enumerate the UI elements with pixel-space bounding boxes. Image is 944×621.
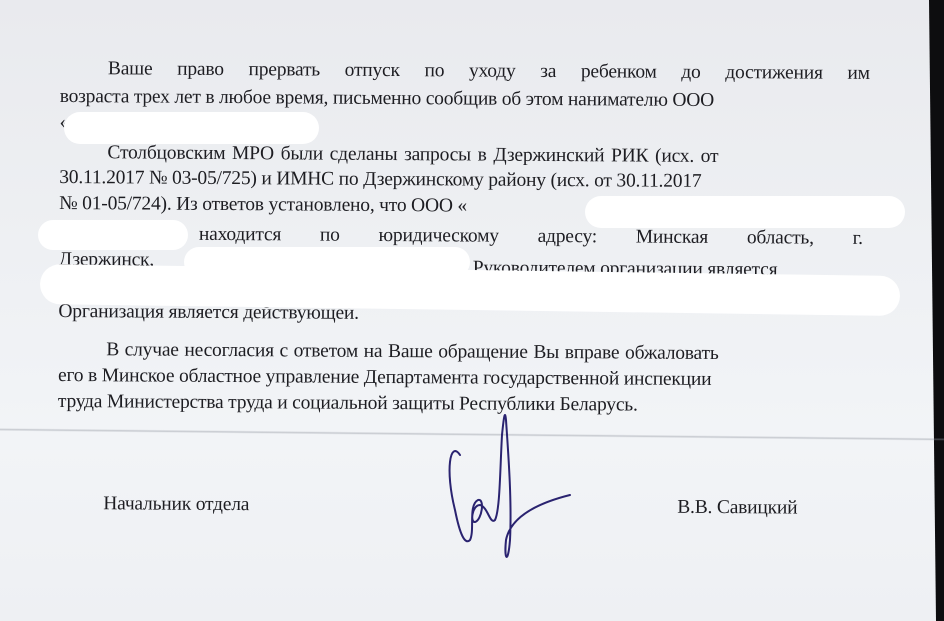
redaction-org-name-3 [38, 220, 188, 250]
paragraph-3-line-2: его в Минское областное управление Депар… [58, 365, 711, 391]
paragraph-1-line-1: Ваше право прервать отпуск по уходу за р… [108, 58, 870, 85]
handwritten-signature-icon [420, 410, 620, 580]
paragraph-2-line-2: 30.11.2017 № 03-05/725) и ИМНС по Дзержи… [59, 167, 701, 193]
redaction-org-name-1 [64, 112, 319, 144]
paragraph-3-line-1: В случае несогласия с ответом на Ваше об… [106, 339, 718, 365]
paragraph-2-line-3: № 01-05/724). Из ответов установлено, чт… [59, 193, 467, 217]
paragraph-2-line-1: Столбцовским МРО были сделаны запросы в … [107, 142, 718, 168]
paragraph-1-line-2: возраста трех лет в любое время, письмен… [60, 86, 714, 112]
redaction-org-name-2 [585, 196, 905, 228]
signature-name: В.В. Савицкий [677, 497, 797, 520]
signature-position: Начальник отдела [103, 493, 249, 516]
